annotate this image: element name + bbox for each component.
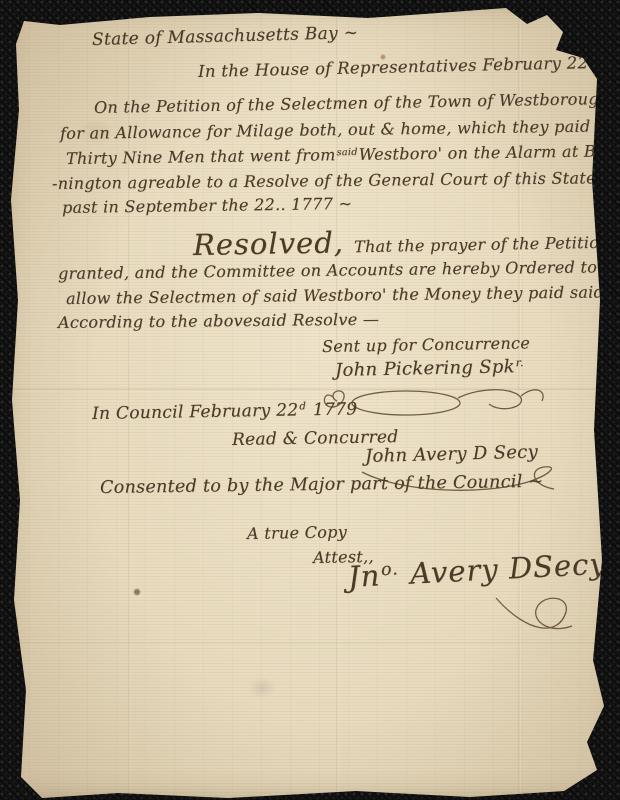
petition-line-5: past in September the 22.. 1777 ~ [62, 194, 352, 217]
council-date-text: In Council February 22 [92, 400, 299, 424]
resolution-line-2: granted, and the Committee on Accounts a… [58, 257, 597, 283]
house-heading-text: In the House of Representatives February… [198, 53, 589, 81]
resolution-line-4: According to the abovesaid Resolve — [58, 310, 379, 332]
council-date-year: 1779 [307, 399, 358, 420]
superscript-d2: d [299, 402, 306, 413]
superscript-said: said [337, 147, 358, 158]
resolution-line-1: Resolved, That the prayer of the Petitio… [193, 220, 620, 262]
superscript-r: r. [516, 356, 524, 369]
resolution-line-3: allow the Selectmen of said Westboro' th… [66, 282, 620, 308]
sent-up-line: Sent up for Concurrence [322, 333, 530, 356]
house-heading-line: In the House of Representatives February… [198, 52, 620, 81]
photo-backdrop: State of Massachusetts Bay ~ In the Hous… [0, 0, 620, 800]
attest-signature-text: Jn [347, 558, 381, 594]
petition-line-3-text: Thirty Nine Men that went from [66, 145, 336, 168]
resolution-line-1-rest: That the prayer of the Petition be [354, 232, 620, 256]
resolved-word: Resolved, [193, 225, 345, 262]
manuscript-paper: State of Massachusetts Bay ~ In the Hous… [0, 0, 620, 800]
petition-line-2: for an Allowance for Milage both, out & … [60, 116, 613, 143]
true-copy-line: A true Copy [247, 522, 347, 543]
speaker-signature: John Pickering Spkr. [335, 356, 525, 381]
attest-signature: Jno. Avery DSecy [347, 546, 607, 594]
fold-crease-vertical [128, 0, 131, 800]
petition-line-1: On the Petition of the Selectmen of the … [94, 88, 620, 117]
superscript-o: o. [381, 560, 400, 581]
house-heading-year: .. 1779 [597, 52, 620, 72]
petition-line-4: -nington agreable to a Resolve of the Ge… [52, 168, 596, 193]
petition-line-3-rest: Westboro' on the Alarm at Ben- [359, 141, 620, 164]
attest-signature-rest: Avery DSecy [399, 546, 607, 591]
superscript-d: d [589, 55, 596, 66]
petition-line-3: Thirty Nine Men that went fromsaidWestbo… [66, 141, 620, 168]
state-line: State of Massachusetts Bay ~ [92, 23, 359, 50]
speaker-name: John Pickering Spk [335, 356, 515, 381]
fold-crease-horizontal [0, 642, 620, 646]
attest-signature-flourish-icon [488, 592, 578, 640]
